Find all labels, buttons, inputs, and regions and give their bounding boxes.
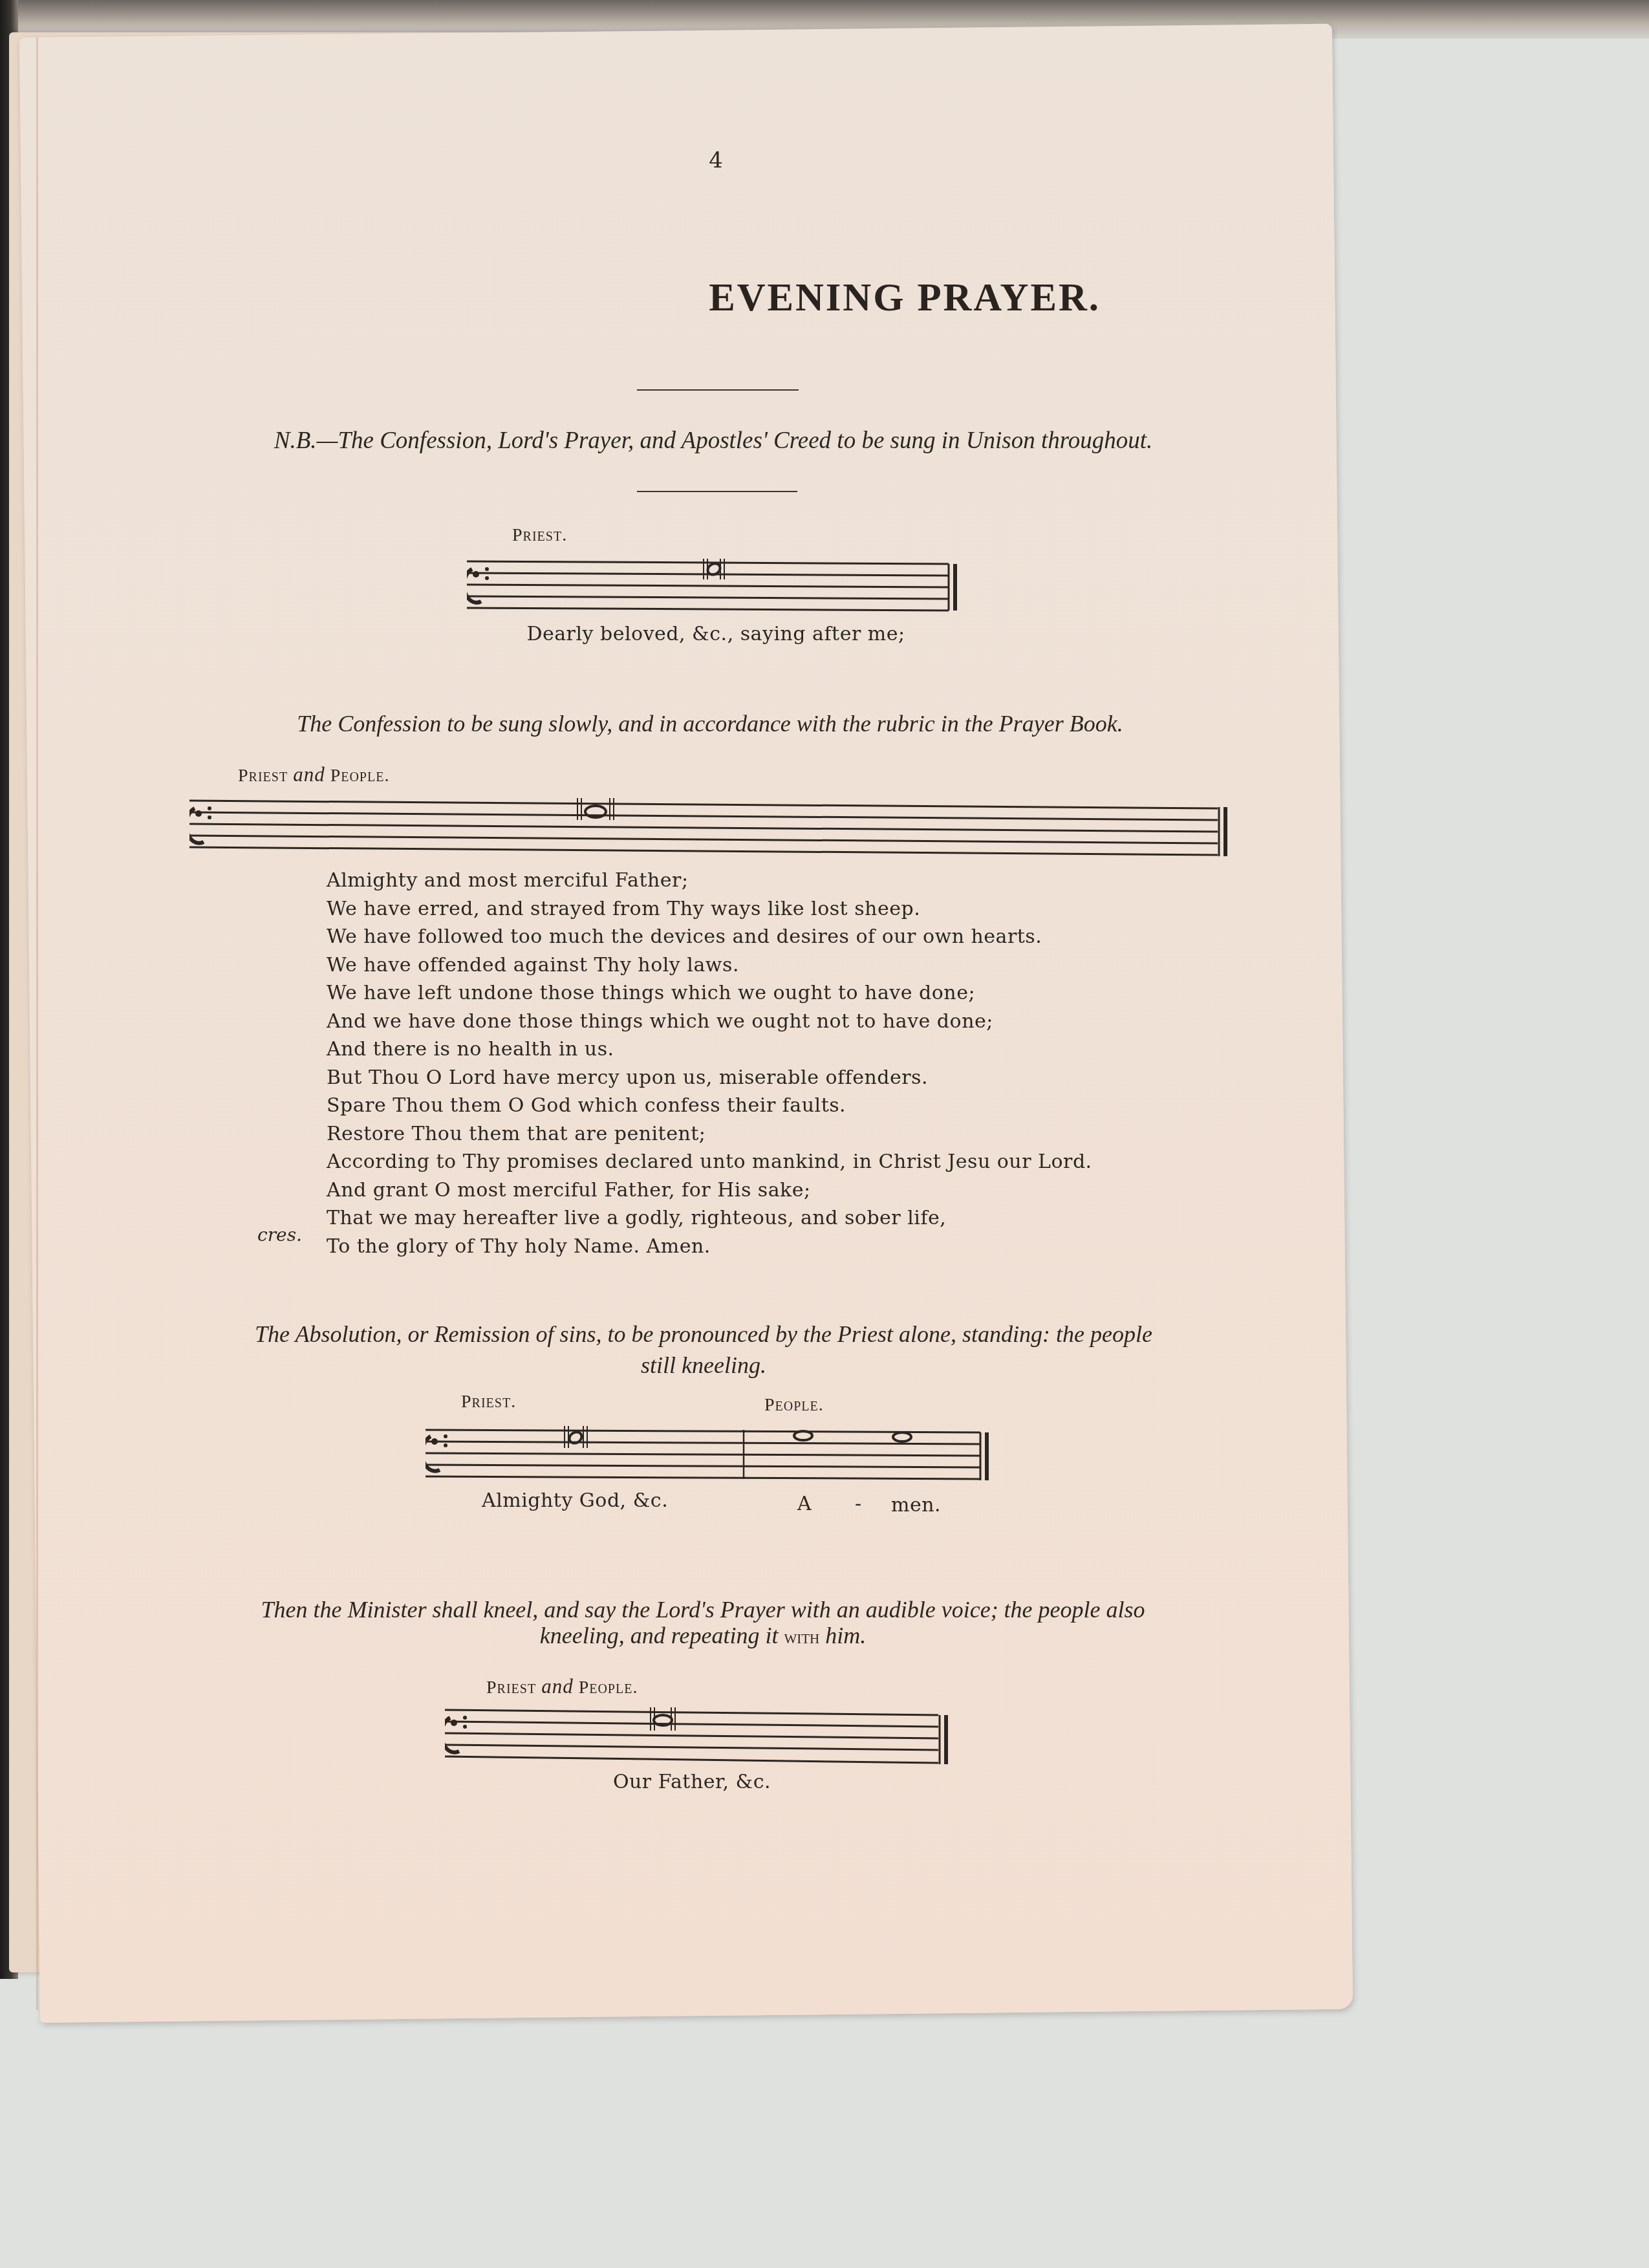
page-title: EVENING PRAYER. (709, 275, 1101, 321)
confession-line: We have left undone those things which w… (327, 979, 1092, 1008)
confession-text: Almighty and most merciful Father; We ha… (327, 867, 1092, 1260)
label-people: People. (579, 1678, 638, 1698)
confession-line: We have offended against Thy holy laws. (327, 951, 1092, 980)
rubric-text: him. (819, 1623, 866, 1648)
absolution-priest-caption: Almighty God, &c. (482, 1489, 668, 1512)
rubric-text: kneeling, and repeating it (540, 1623, 784, 1648)
lords-prayer-rubric-line1: Then the Minister shall kneel, and say t… (261, 1596, 1145, 1623)
absolution-rubric-line2: still kneeling. (641, 1352, 766, 1379)
label-priest: Priest (486, 1678, 536, 1698)
music-staff-absolution (426, 1425, 991, 1484)
confession-line: To the glory of Thy holy Name. Amen. (327, 1233, 1092, 1261)
caption-a: A (797, 1493, 812, 1515)
label-people: People. (330, 766, 390, 786)
absolution-people-caption: A (797, 1493, 812, 1515)
absolution-people-label: People. (764, 1395, 824, 1416)
priest-and-people-label: Priest and People. (238, 763, 389, 786)
absolution-people-hyphen: - (855, 1493, 862, 1515)
confession-line: And grant O most merciful Father, for Hi… (327, 1176, 1092, 1205)
confession-line: That we may hereafter live a godly, righ… (327, 1204, 1092, 1233)
label-priest: Priest (238, 766, 288, 786)
priest-label: Priest. (512, 525, 567, 546)
divider-rule (637, 389, 799, 391)
confession-line: We have followed too much the devices an… (327, 923, 1092, 951)
divider-rule (637, 491, 797, 492)
confession-line: And we have done those things which we o… (327, 1008, 1092, 1036)
caption-almighty-god: Almighty God, &c. (482, 1489, 668, 1512)
absolution-people-men: men. (891, 1494, 941, 1517)
absolution-rubric-line1: The Absolution, or Remission of sins, to… (255, 1321, 1152, 1348)
caption-hyphen: - (855, 1493, 862, 1515)
music-staff-intro (467, 556, 962, 616)
music-staff-confession (189, 794, 1232, 859)
intro-caption: Dearly beloved, &c., saying after me; (526, 623, 905, 645)
lords-prayer-rubric-line2: kneeling, and repeating it with him. (540, 1622, 866, 1649)
confession-line: Spare Thou them O God which confess thei… (327, 1092, 1092, 1120)
label-and: and (541, 1675, 574, 1698)
whole-note-icon (893, 1432, 911, 1442)
absolution-priest-label: Priest. (461, 1392, 516, 1412)
label-and: and (293, 763, 325, 786)
gutter-fold (36, 38, 38, 2010)
confession-line: But Thou O Lord have mercy upon us, mise… (327, 1064, 1092, 1092)
music-staff-lords-prayer (445, 1706, 953, 1768)
confession-line: Almighty and most merciful Father; (327, 867, 1092, 895)
lords-prayer-priest-people-label: Priest and People. (486, 1675, 638, 1698)
lords-prayer-caption: Our Father, &c. (613, 1771, 771, 1793)
unison-note: N.B.—The Confession, Lord's Prayer, and … (274, 427, 1153, 455)
confession-line: We have erred, and strayed from Thy ways… (327, 895, 1092, 923)
confession-rubric: The Confession to be sung slowly, and in… (297, 710, 1123, 737)
page-number: 4 (709, 147, 723, 173)
rubric-with: with (784, 1626, 819, 1648)
confession-line: And there is no health in us. (327, 1035, 1092, 1064)
caption-men: men. (891, 1494, 941, 1517)
confession-line: According to Thy promises declared unto … (327, 1148, 1092, 1176)
crescendo-marking: cres. (257, 1224, 302, 1246)
confession-line: Restore Thou them that are penitent; (327, 1120, 1092, 1149)
